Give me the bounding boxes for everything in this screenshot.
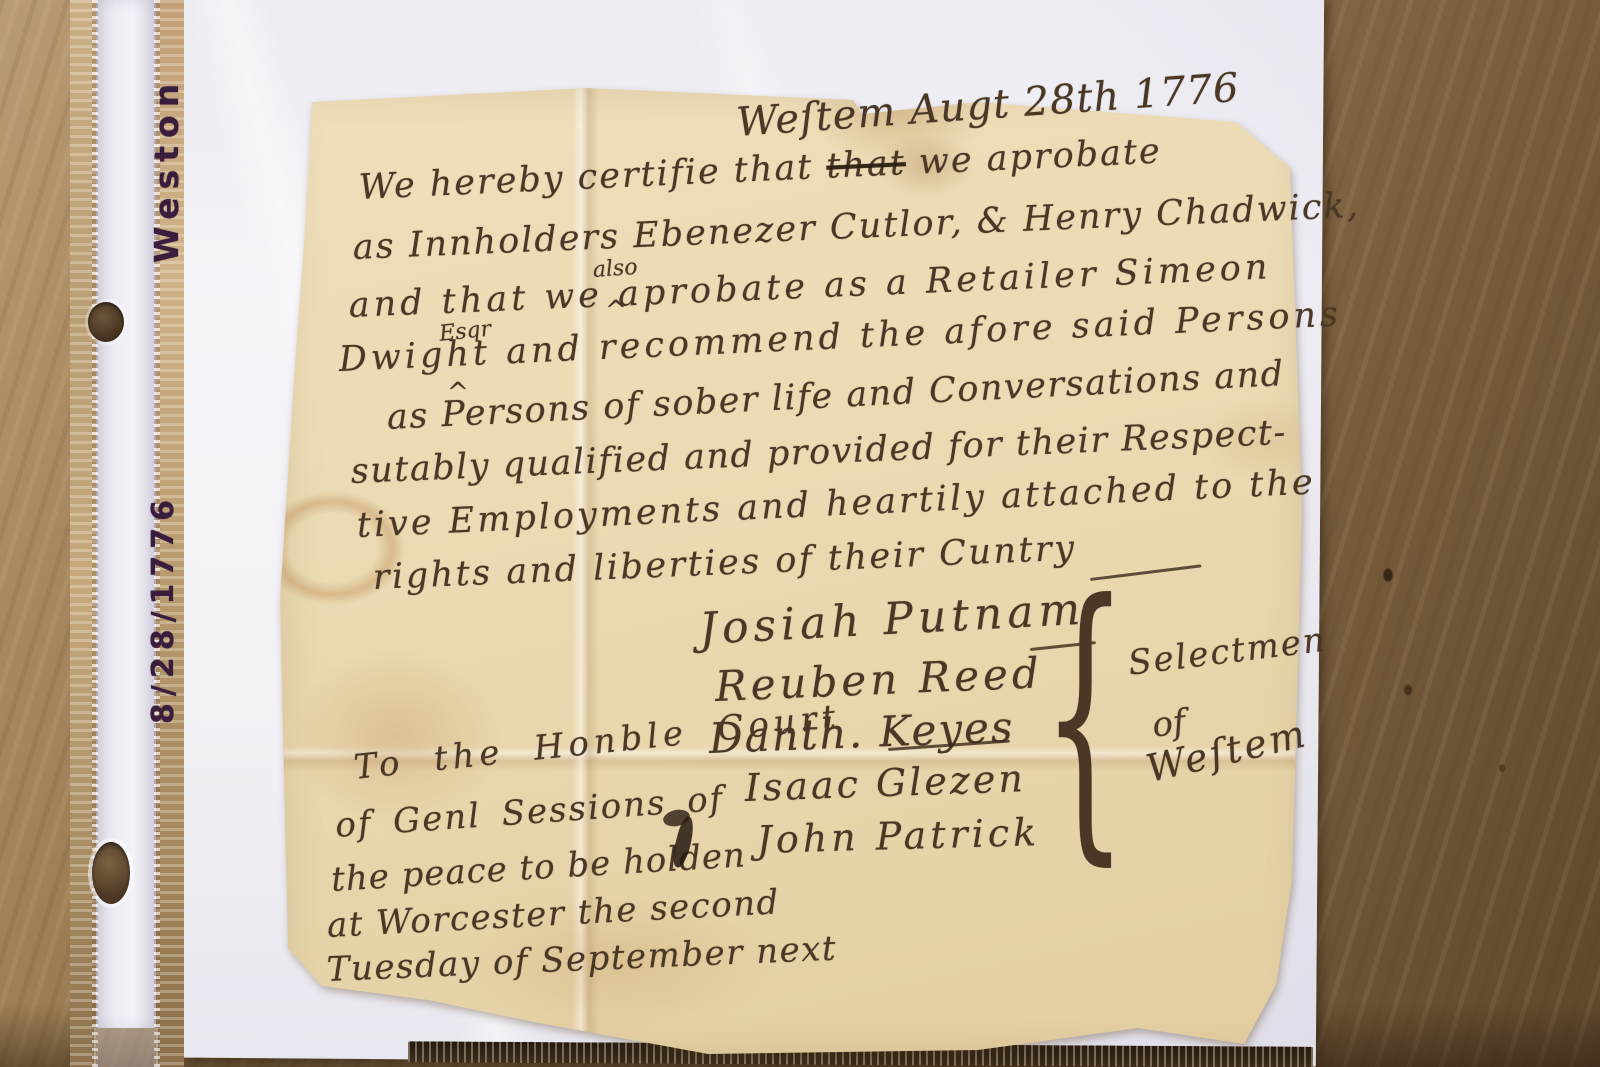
inserted-word-also: also	[592, 255, 638, 283]
strip-weld-seam	[92, 0, 98, 1067]
binder-punch-hole	[88, 302, 124, 342]
binder-punch-hole	[92, 842, 130, 904]
signature: John Patrick	[756, 810, 1041, 862]
strip-clear-bottom	[94, 1028, 158, 1067]
sleeve-label-town: Weston	[147, 76, 186, 263]
insertion-caret: ^	[605, 296, 627, 326]
selectmen-brace: {	[1042, 596, 1128, 836]
line1-struck-word: that	[825, 143, 906, 187]
sleeve-label-date: 8/28/1776	[146, 493, 181, 724]
photo-of-document: Weſtem Augt 28th 1776 We hereby certifie…	[0, 0, 1600, 1067]
